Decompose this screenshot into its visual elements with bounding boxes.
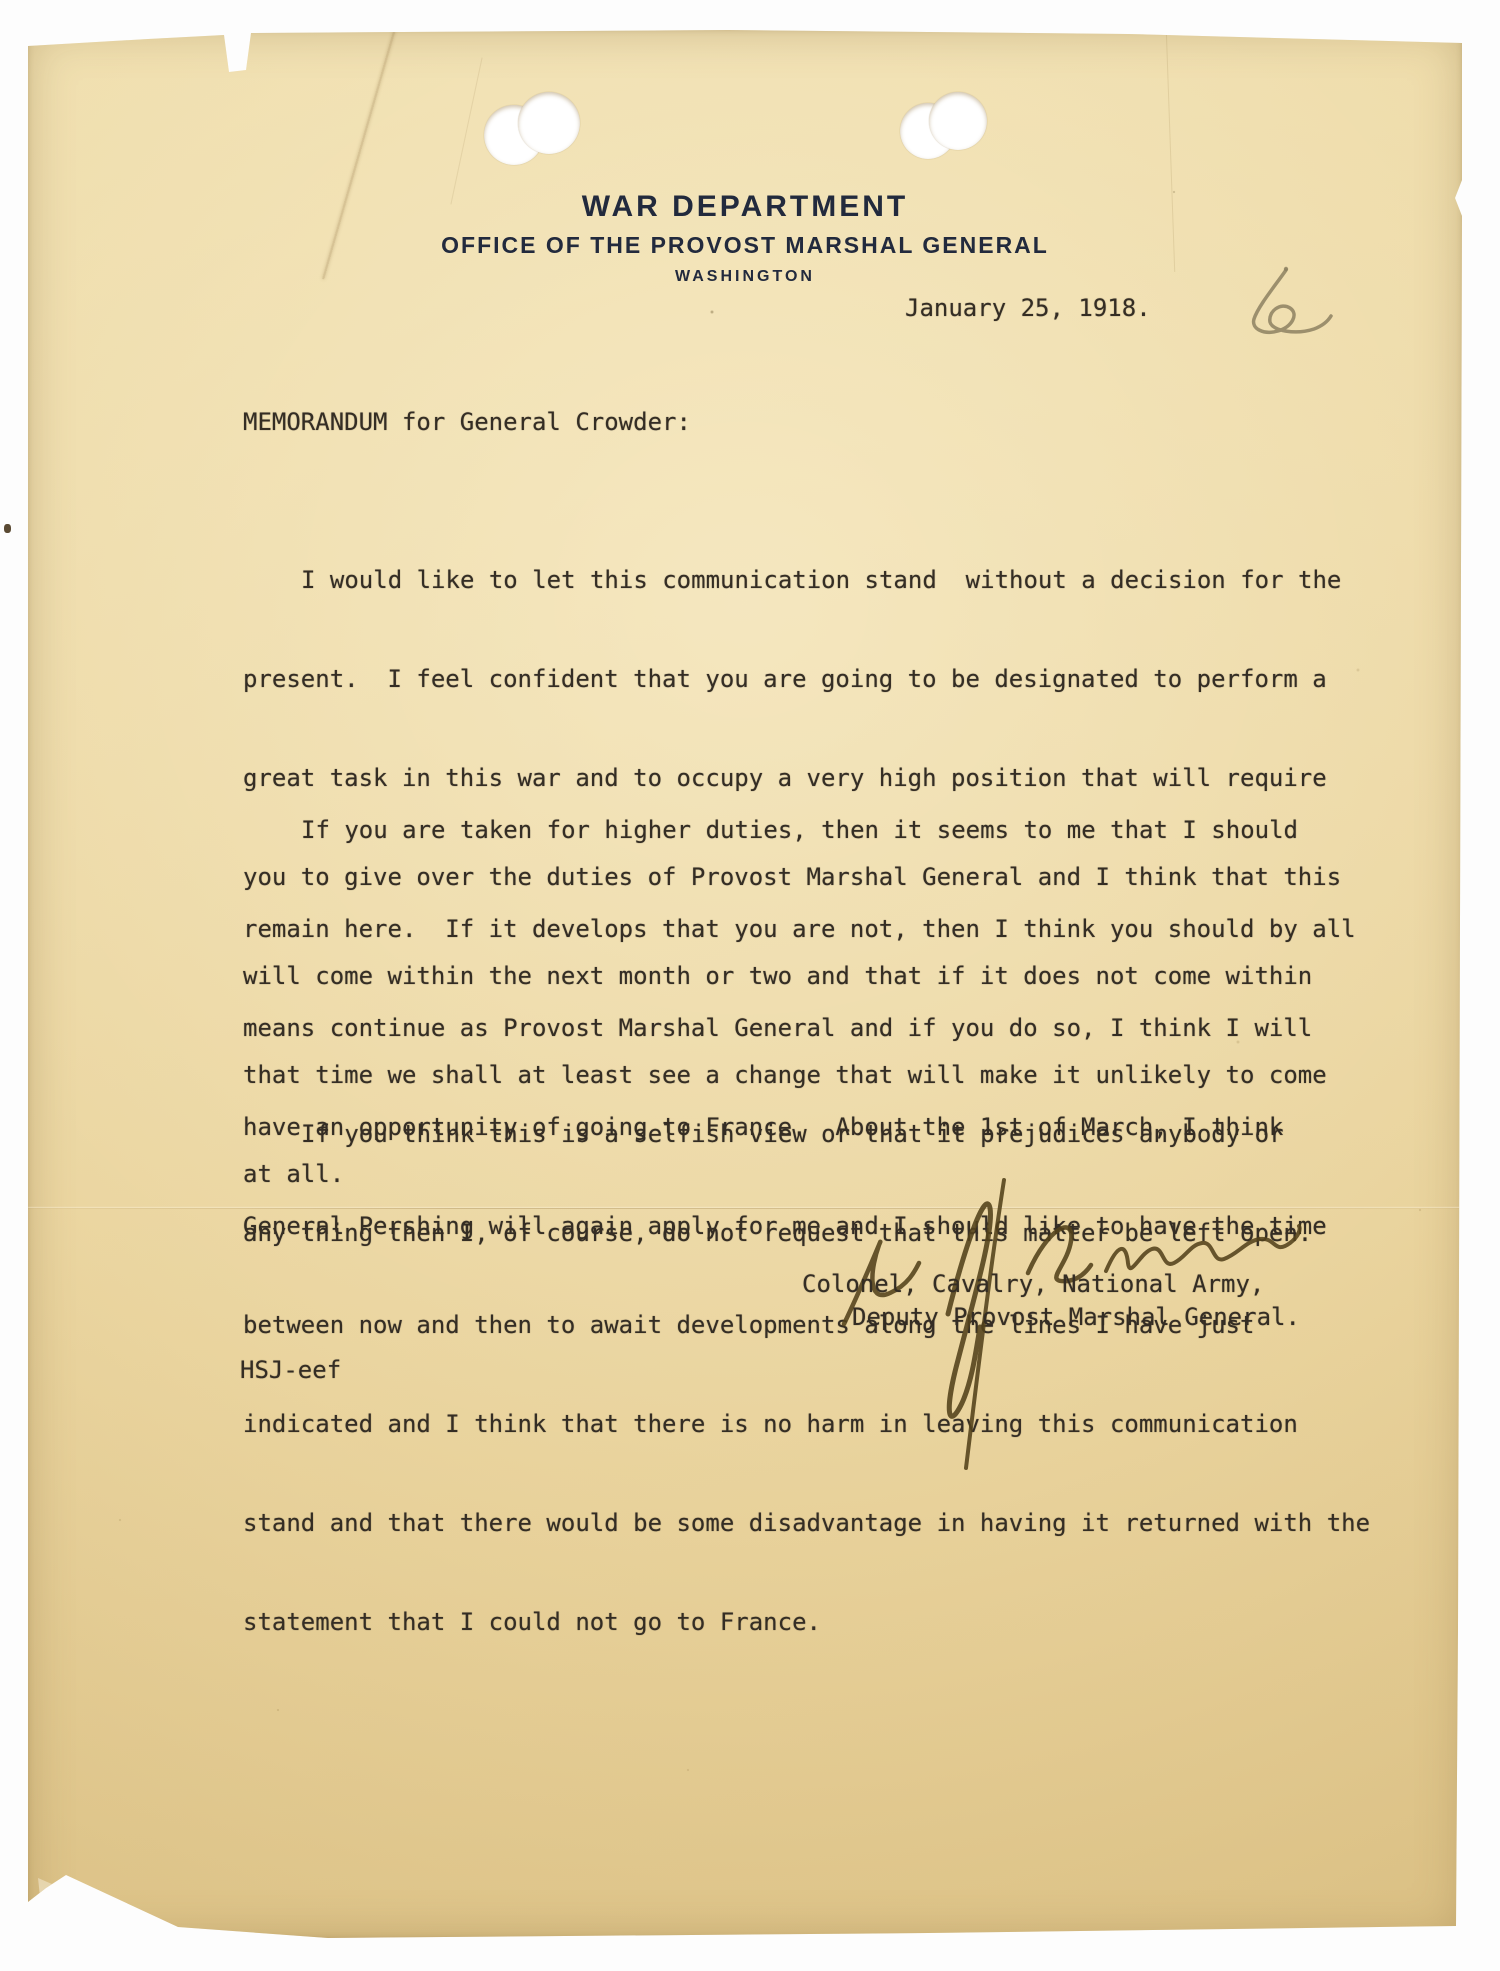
reference-initials: HSJ-eef: [240, 1356, 341, 1384]
letterhead-office: OFFICE OF THE PROVOST MARSHAL GENERAL: [28, 232, 1462, 259]
letterhead-department: WAR DEPARTMENT: [28, 190, 1462, 224]
date-line: January 25, 1918.: [905, 294, 1151, 322]
scan-edge-speck: [4, 524, 11, 533]
letterhead-city: WASHINGTON: [28, 268, 1462, 286]
paper-crease: [450, 58, 482, 205]
body-line: remain here. If it develops that you are…: [243, 913, 1370, 946]
punch-hole: [518, 92, 580, 154]
folded-corner: [28, 1830, 198, 1938]
body-line: If you think this is a selfish view or t…: [243, 1118, 1312, 1151]
punch-hole: [929, 92, 987, 150]
body-line: any thing then I, of course, do not requ…: [243, 1217, 1312, 1250]
body-line: indicated and I think that there is no h…: [243, 1408, 1370, 1441]
signature-title-line2: Deputy Provost Marshal General.: [852, 1303, 1300, 1331]
body-line: stand and that there would be some disad…: [243, 1507, 1370, 1540]
body-line: means continue as Provost Marshal Genera…: [243, 1012, 1370, 1045]
signature-title-line1: Colonel, Cavalry, National Army,: [802, 1270, 1264, 1298]
body-line: statement that I could not go to France.: [243, 1606, 1370, 1639]
letter-paper: WAR DEPARTMENT OFFICE OF THE PROVOST MAR…: [28, 30, 1462, 1938]
scanned-document: WAR DEPARTMENT OFFICE OF THE PROVOST MAR…: [0, 0, 1500, 1971]
body-line: If you are taken for higher duties, then…: [243, 814, 1370, 847]
body-line: I would like to let this communication s…: [243, 564, 1341, 597]
body-line: present. I feel confident that you are g…: [243, 663, 1341, 696]
memo-salutation: MEMORANDUM for General Crowder:: [243, 408, 691, 436]
